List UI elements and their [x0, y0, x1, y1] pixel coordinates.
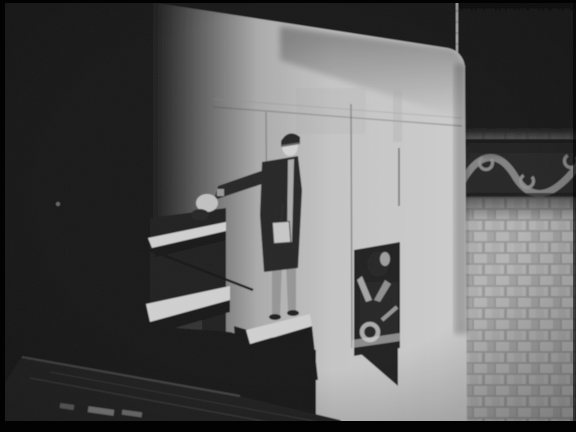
film-still: [0, 0, 576, 432]
letterbox-bottom: [0, 421, 576, 432]
film-grain: [0, 0, 576, 432]
film-still-frame: [0, 0, 576, 432]
letterbox-top: [0, 0, 576, 3]
letterbox-left: [0, 0, 5, 432]
